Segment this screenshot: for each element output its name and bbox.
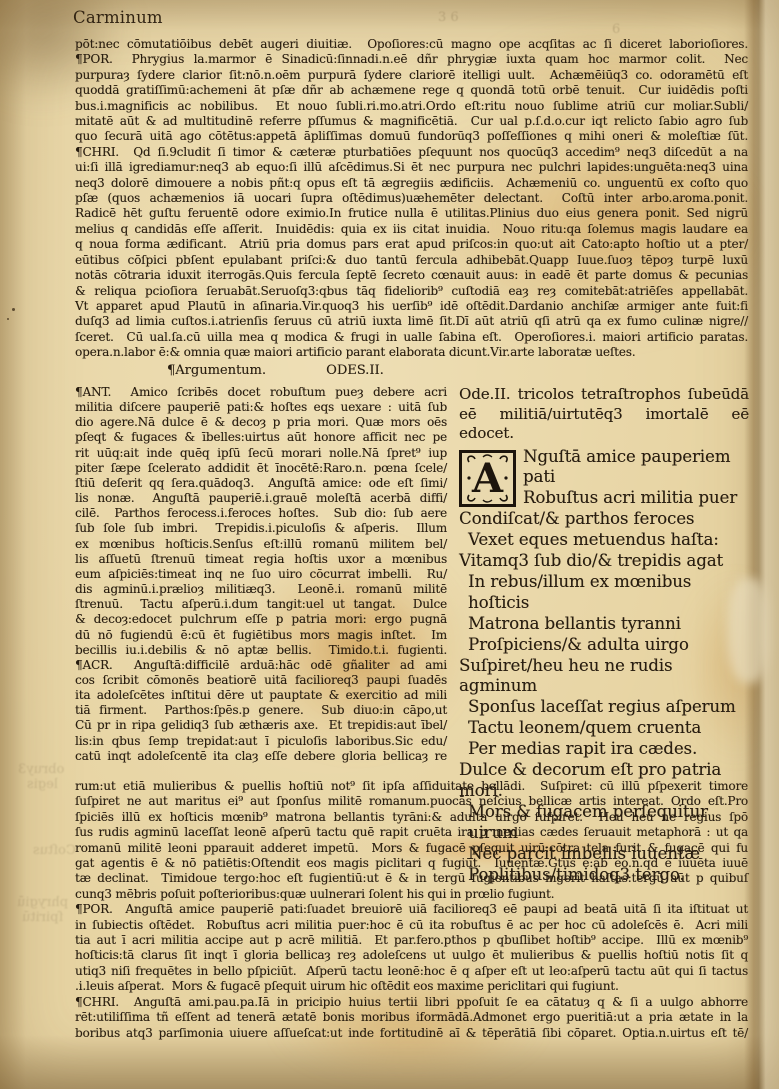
show-through-text: obruy3 [18, 762, 64, 777]
commentary-line: & reliqua pcioſiora ſeruabāt.Seruoſq3:qb… [75, 284, 748, 299]
verse-line: Matrona bellantis tyranni [459, 614, 749, 635]
commentary-line: ſtrenuū. Tactu aſperū.i.dum tangit:uel u… [75, 597, 447, 612]
commentary-line: pōt:nec cōmutatiōibus debēt augeri diuit… [75, 37, 748, 52]
ode-heading: Ode.II. tricolos tetraſtrophos ſubeūdāeē… [459, 385, 749, 444]
commentary-line: quoddā gratiſſimū:achemeni āt pſæ dñr ab… [75, 83, 748, 98]
initial-letter: A [471, 455, 504, 502]
commentary-line: catū inqt adoleſcentē ita claȝ eſſe debe… [75, 749, 447, 764]
commentary-line: ¶POR. Anguſtā amice pauperiē pati:ſuadet… [75, 902, 748, 917]
scanned-book-page: obruy3 legis Coſtus phrygiū ſpiritū 3 6 … [0, 0, 779, 1089]
show-through-text: phrygiū [17, 895, 68, 910]
commentary-line: opera.n.labor ē:& omnia quæ maiori artif… [75, 345, 748, 360]
commentary-column-left: ¶ANT. Amico ſcribēs docet robuſtum pueȝ … [75, 385, 447, 764]
commentary-line: tæ declinat. Timidoue tergo:hoc eſt fugi… [75, 871, 748, 886]
verse-line: Suſpiret/heu heu ne rudis agminum [459, 656, 749, 698]
commentary-line: lis:in qbus ſemp trepidat:aut ī piculoſi… [75, 734, 447, 749]
show-through-text: legis [27, 777, 58, 792]
show-through-text: Coſtus [33, 843, 76, 858]
commentary-line: pſæ (quos achæmenios iā uocari ſupra oſt… [75, 191, 748, 206]
verse-line: Condiſcat/& parthos feroces [459, 509, 749, 530]
commentary-line: ita adoleſcētes inſtitui dēre ut pauptat… [75, 688, 447, 703]
commentary-line: ¶POR. Phrygius la.marmor ē Sinadicū:ſinn… [75, 52, 748, 67]
commentary-line: eūtibus cōſpici pbſent epulabant priſci:… [75, 253, 748, 268]
commentary-line: q noua forma ædificant. Atriū pria domus… [75, 237, 748, 252]
running-title: Carminum [73, 8, 163, 27]
ode-heading-line: eē militiā/uirtutēq3 imortalē eē edocet. [459, 405, 749, 444]
commentary-line: tia aut ī acri militia accipe aut p acrē… [75, 933, 748, 948]
commentary-line: ſceret. Cū ual.ſa.cū uilla mea q modica … [75, 330, 748, 345]
commentary-line: ſus rudis agminū laceſſat leonē aſperū t… [75, 825, 748, 840]
page-edge-tear [728, 578, 770, 683]
ink-speck [7, 318, 9, 320]
commentary-line: ſub ſole ſub imbri. Trepidis.i.piculoſis… [75, 521, 447, 536]
commentary-line: ¶ACR. Anguſtā:difficilē arduā:hāc odē gñ… [75, 658, 447, 673]
verse-line: Tactu leonem/quem cruenta [459, 718, 749, 739]
commentary-line: hoſticis:tā clarus ſit inqt ī gloria bel… [75, 948, 748, 963]
commentary-line: eum aſpiciēs:timeat inq ne ſuo uiro cōcu… [75, 567, 447, 582]
commentary-block-top: pōt:nec cōmutatiōibus debēt augeri diuit… [75, 37, 748, 361]
commentary-line: romanū militē leoni pparauit adderet imp… [75, 841, 748, 856]
commentary-line: Vt apparet apud Plautū in aſinaria.Vir.q… [75, 299, 748, 314]
commentary-line: cos ſcribit cōmonēs beatiorē uitā facili… [75, 673, 447, 688]
show-through-text: ſpiritū [22, 910, 63, 925]
verse-line: Sponſus laceſſat regius aſperum [459, 697, 749, 718]
commentary-line: & decoȝ:edocet pulchrum eſſe p patria mo… [75, 612, 447, 627]
commentary-line: cunq3 mēbris poſuit poſterioribus:quæ uu… [75, 887, 748, 902]
commentary-line: neq3 dolorē dimouere a nobis pñt:q opus … [75, 176, 748, 191]
commentary-line: becillis iu.i.debilis & nō aptæ bellis. … [75, 643, 447, 658]
commentary-line: cilē. Parthos ferocess.i.feroces hoſtes.… [75, 506, 447, 521]
pencil-mark: 3 6 [438, 10, 459, 25]
commentary-line: rēt:utiliſſima tñ eſſent ad tenerā ætatē… [75, 1010, 748, 1025]
commentary-line: ex mœnibus hoſticis.Senſus eſt:illū roma… [75, 537, 447, 552]
commentary-line: quo ſecurā uitā ago cōtētus:appetā āpliſ… [75, 129, 748, 144]
commentary-line: purpuraȝ ſydere clarior ſit:nō.n.oēm pur… [75, 68, 748, 83]
commentary-line: melius q candidās eſſe aſſerit. Inuidēdi… [75, 222, 748, 237]
commentary-line: tiā firment. Parthos:ſpēs.p genere. Sub … [75, 703, 447, 718]
commentary-line: .i.leuis aſperat. Mors & fugacē pſequit … [75, 979, 748, 994]
verse-line: Vitamq3 ſub dio/& trepidis agat [459, 551, 749, 572]
commentary-line: lis nonæ. Anguſtā pauperiē.i.grauē moleſ… [75, 491, 447, 506]
pencil-mark: 6 [612, 22, 620, 37]
commentary-line: notās cōtraria iduxit iterrogās.Quis fer… [75, 268, 748, 283]
commentary-line: ¶CHRI. Qd ſi.9cludit ſi timor & cæteræ p… [75, 145, 748, 160]
commentary-line: rit uūq:ait inde quēq ipſū ſecū morari n… [75, 446, 447, 461]
commentary-line: bus.i.magnificis ac nobilibus. Et nouo ſ… [75, 99, 748, 114]
commentary-line: ¶CHRI. Anguſtā ami.pau.pa.Iā in pricipio… [75, 995, 748, 1010]
commentary-line: Cū pr in ripa gelidiq3 ſub æthæris axe. … [75, 718, 447, 733]
ode-number-title: ODES.II. [326, 363, 384, 378]
woodcut-initial: A [459, 450, 516, 507]
commentary-line: in ſubiectis oſtēdet. Robuſtus acri mili… [75, 918, 748, 933]
commentary-line: dis agminū.i.prælioȝ militiæq3. Leonē.i.… [75, 582, 447, 597]
commentary-line: dio agere.Nā dulce ē & decoȝ p pria mori… [75, 415, 447, 430]
commentary-line: piter ſæpe ſcelerato addidit ēt īnocētē:… [75, 461, 447, 476]
commentary-line: ui:ſi illā igrediamur:neq3 ab equo:ſi il… [75, 160, 748, 175]
ode-heading-line: Ode.II. tricolos tetraſtrophos ſubeūdā [459, 385, 749, 405]
ink-speck [12, 308, 15, 311]
commentary-line: Radicē hēt guſtu feruentē odore eximio.I… [75, 206, 748, 221]
commentary-line: dū nō fugiendū ē:cū ēt fugiētibus mors m… [75, 628, 447, 643]
commentary-line: utiq3 niſi frequētes in bello pſpiciūt. … [75, 964, 748, 979]
verse-line: In rebus/illum ex mœnibus hoſticis [459, 572, 749, 614]
verse-line: Proſpiciens/& adulta uirgo [459, 635, 749, 656]
argumentum-heading: ¶Argumentum. ODES.II. [75, 363, 748, 378]
commentary-line: duſq3 ad limia cuſtos.i.atrienſis ſeruus… [75, 314, 748, 329]
commentary-line: militia diſcere pauperiē pati:& hoſtes e… [75, 400, 447, 415]
verse-line: Per medias rapit ira cædes. [459, 739, 749, 760]
commentary-line: ſtiū deſerit qq ſera.quādoq3. Anguſtā am… [75, 476, 447, 491]
commentary-line: gat agentis ē & nō patiētis:Oſtendit eos… [75, 856, 748, 871]
verse-line: Vexet eques metuendus haſta: [459, 530, 749, 551]
commentary-line: ¶ANT. Amico ſcribēs docet robuſtum pueȝ … [75, 385, 447, 400]
argumentum-label: ¶Argumentum. [167, 363, 266, 378]
commentary-line: pſeqt & fugaces & ībelles:uirtus aūt hon… [75, 430, 447, 445]
commentary-line: ſuſpiret ne aut maritus ei⁹ aut ſponſus … [75, 794, 748, 809]
commentary-line: ſpiciēs illū ex hoſticis mœnib⁹ matrona … [75, 810, 748, 825]
commentary-block-bottom: rum:ut etiā mulieribus & puellis hoſtiū … [75, 779, 748, 1041]
commentary-line: rum:ut etiā mulieribus & puellis hoſtiū … [75, 779, 748, 794]
commentary-line: lis aſſuetū ſtrenuū timeat regia hoſtis … [75, 552, 447, 567]
commentary-line: boribus atq3 parſimonia uiuere aſſueſcat… [75, 1026, 748, 1041]
commentary-line: mitatē aūt & ad multitudinē referre pſſu… [75, 114, 748, 129]
